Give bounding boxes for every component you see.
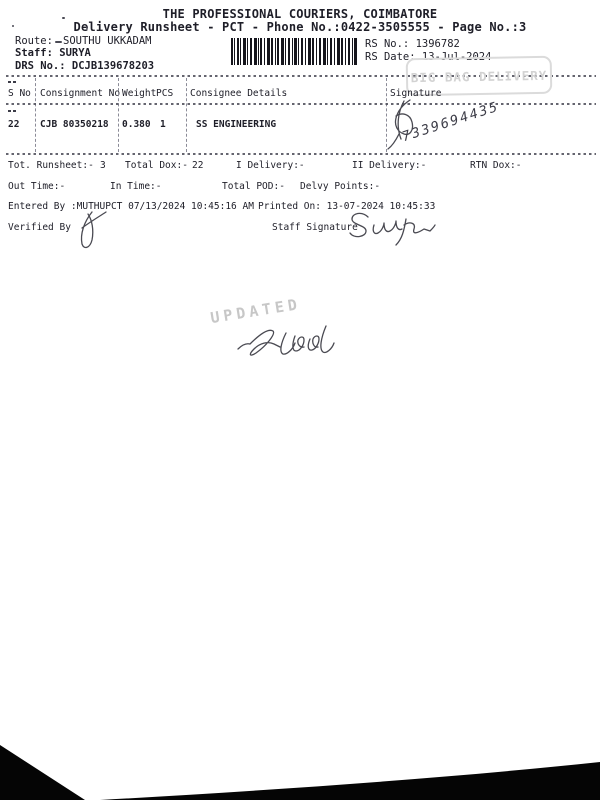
scan-speckle (86, 26, 88, 29)
out-time-label: Out Time:- (8, 181, 65, 192)
row-weight: 0.380 (122, 119, 151, 130)
staff-value: SURYA (59, 47, 91, 59)
drs-line: DRS No.: DCJB139678203 (15, 60, 154, 72)
scanned-delivery-runsheet: THE PROFESSIONAL COURIERS, COIMBATORE De… (0, 0, 600, 800)
dashed-rule (6, 153, 596, 155)
dashed-rule (6, 103, 596, 105)
center-signature-stroke (220, 315, 350, 380)
rs-no-label: RS No.: (365, 38, 409, 50)
verified-by-label: Verified By (8, 222, 71, 233)
route-value: SOUTHU UKKADAM (63, 35, 152, 47)
staff-line: Staff: SURYA (15, 47, 91, 59)
col-header-consignee: Consignee Details (190, 88, 287, 99)
route-label: Route: (15, 35, 53, 47)
rtn-dox-label: RTN Dox:- (470, 160, 521, 171)
scan-speckle (12, 25, 14, 27)
total-dox-label: Total Dox:- (125, 160, 188, 171)
route-line: Route: (15, 35, 53, 47)
verified-signature-stroke (72, 205, 117, 255)
staff-signature-stroke (348, 205, 438, 250)
row-pcs: 1 (160, 119, 166, 130)
barcode (231, 38, 357, 65)
pen-tick (55, 41, 62, 43)
ii-delivery-label: II Delivery:- (352, 160, 426, 171)
scan-edge-shadow (0, 735, 600, 800)
row-consignee: SS ENGINEERING (196, 119, 276, 130)
page-subtitle: Delivery Runsheet - PCT - Phone No.:0422… (0, 20, 600, 34)
total-pod-label: Total POD:- (222, 181, 285, 192)
col-header-weight: Weight (122, 88, 156, 99)
continuation-mark (8, 81, 16, 83)
table-divider (35, 78, 36, 152)
row-sno: 22 (8, 119, 19, 130)
col-header-sno: S No (8, 88, 31, 99)
col-header-pcs: PCS (156, 88, 173, 99)
row-consignment: CJB 80350218 (40, 119, 109, 130)
col-header-consignment: Consignment No (40, 88, 120, 99)
i-delivery-label: I Delivery:- (236, 160, 305, 171)
table-divider (186, 78, 187, 152)
total-dox-value: 22 (192, 160, 203, 171)
tot-runsheet-value: 3 (100, 160, 106, 171)
tot-runsheet-label: Tot. Runsheet:- (8, 160, 94, 171)
drs-value: DCJB139678203 (72, 60, 154, 72)
entered-by-line: Entered By :MUTHUPCT 07/13/2024 10:45:16… (8, 201, 254, 212)
table-divider (118, 78, 119, 152)
staff-label: Staff: (15, 47, 53, 59)
continuation-mark (8, 110, 16, 112)
drs-label: DRS No.: (15, 60, 66, 72)
delvy-points-label: Delvy Points:- (300, 181, 380, 192)
staff-signature-label: Staff Signature (272, 222, 358, 233)
scan-speckle (62, 17, 65, 19)
rs-no-line: RS No.: 1396782 (365, 38, 460, 50)
page-title: THE PROFESSIONAL COURIERS, COIMBATORE (0, 7, 600, 21)
in-time-label: In Time:- (110, 181, 161, 192)
rs-no-value: 1396782 (416, 38, 460, 50)
